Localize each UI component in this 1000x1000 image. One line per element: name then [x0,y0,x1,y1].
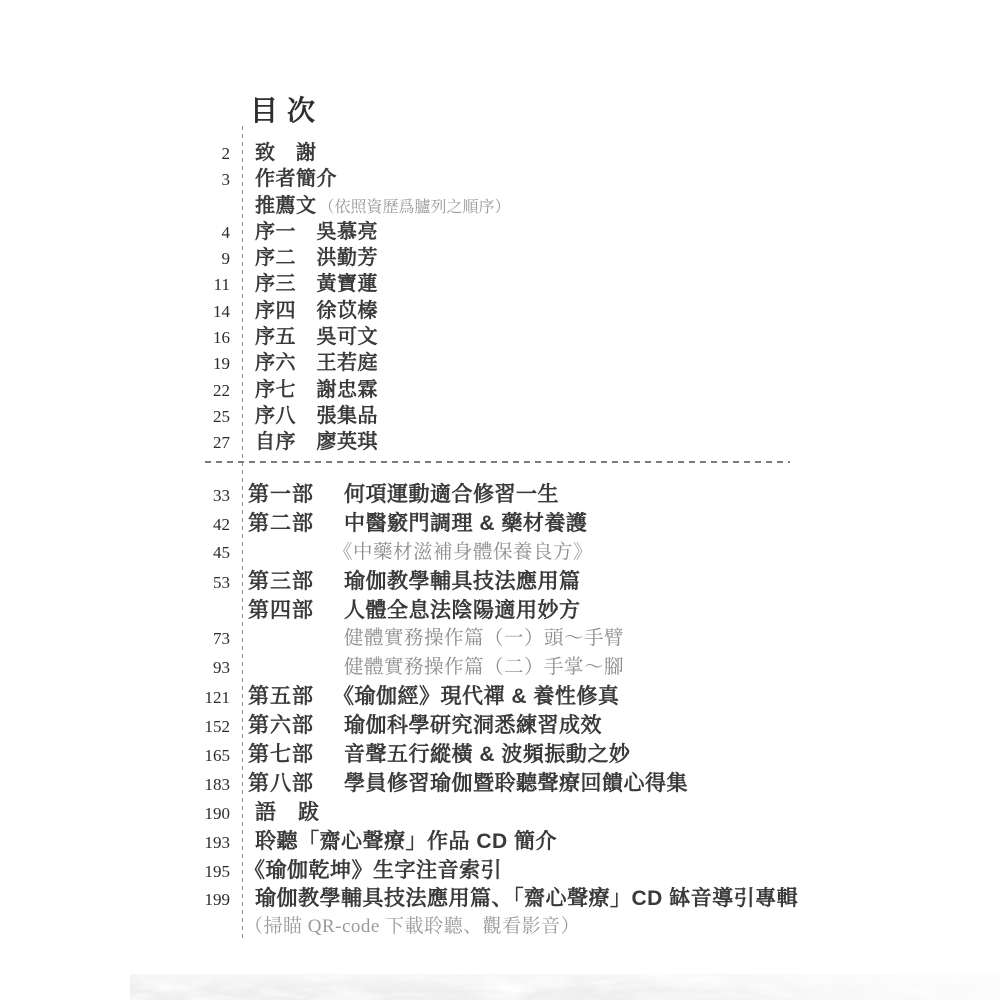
toc-entry: 193聆聽「齋心聲療」作品 CD 簡介 [185,825,798,854]
entry-title: 推薦文（依照資歷爲臚列之順序） [255,189,511,218]
page-number: 14 [185,302,230,322]
marble-fade-overlay [130,974,1000,1000]
page-number: 93 [185,658,230,678]
entry-title: 瑜伽科學研究洞悉練習成效 [344,709,602,739]
entry-title: 致 謝 [255,136,317,165]
part-label: 第五部 [248,680,344,710]
page-number: 27 [185,433,230,453]
page-number: 183 [185,775,230,795]
part-label: 第四部 [248,594,344,624]
toc-page: 目次 2致 謝3作者簡介推薦文（依照資歷爲臚列之順序）4序一 吳慕亮9序二 洪勤… [0,0,1000,1000]
page-title: 目次 [250,89,324,129]
toc-entry: 73健體實務操作篇（一）頭～手臂 [185,622,798,651]
toc-entry: 14序四 徐苡榛 [185,294,511,320]
toc-entry: 25序八 張集品 [185,399,511,425]
entry-title: 序五 吳可文 [255,320,378,349]
toc-entry: 27自序 廖英琪 [185,425,511,451]
part-label: 第一部 [248,478,344,508]
entry-title: 聆聽「齋心聲療」作品 CD 簡介 [255,825,557,855]
toc-entry: 3作者簡介 [185,162,511,188]
toc-entry: （掃瞄 QR-code 下載聆聽、觀看影音） [185,911,798,940]
entry-title: 序六 王若庭 [255,346,378,375]
toc-entry: 2致 謝 [185,136,511,162]
entry-title: 《瑜伽乾坤》生字注音索引 [244,854,502,884]
part-label: 第二部 [248,507,344,537]
entry-title: 自序 廖英琪 [255,425,378,454]
page-number: 33 [185,486,230,506]
entry-title: 序二 洪勤芳 [255,241,378,270]
toc-entry: 195《瑜伽乾坤》生字注音索引 [185,854,798,883]
part-label: 第六部 [248,709,344,739]
page-number: 53 [185,573,230,593]
page-number: 45 [185,543,230,563]
page-number: 2 [185,144,230,164]
page-number: 11 [185,275,230,295]
entry-title: 瑜伽教學輔具技法應用篇、「齋心聲療」CD 缽音導引專輯 [255,882,798,912]
page-number: 19 [185,354,230,374]
entry-title: 中醫竅門調理 & 藥材養護 [344,507,587,537]
toc-entry: 推薦文（依照資歷爲臚列之順序） [185,189,511,215]
toc-main-list: 33第一部何項運動適合修習一生42第二部中醫竅門調理 & 藥材養護45《中藥材滋… [185,478,798,940]
page-number: 9 [185,249,230,269]
page-number: 190 [185,804,230,824]
page-number: 16 [185,328,230,348]
entry-title: 健體實務操作篇（二）手掌～腳 [344,651,624,679]
toc-entry: 165第七部音聲五行縱橫 & 波頻振動之妙 [185,738,798,767]
toc-front-matter-list: 2致 謝3作者簡介推薦文（依照資歷爲臚列之順序）4序一 吳慕亮9序二 洪勤芳11… [185,136,511,452]
page-number: 165 [185,746,230,766]
page-number: 121 [185,688,230,708]
page-number: 199 [185,890,230,910]
toc-entry: 93健體實務操作篇（二）手掌～腳 [185,651,798,680]
page-number: 22 [185,381,230,401]
toc-entry: 190語 跋 [185,796,798,825]
entry-title: 作者簡介 [255,162,337,191]
horizontal-dashed-divider [205,461,790,463]
page-number: 4 [185,223,230,243]
entry-title: 序四 徐苡榛 [255,294,378,323]
page-number: 3 [185,170,230,190]
entry-title: 瑜伽教學輔具技法應用篇 [344,565,581,595]
entry-title: 人體全息法陰陽適用妙方 [344,594,581,624]
part-label: 第七部 [248,738,344,768]
toc-entry: 11序三 黃寶蓮 [185,267,511,293]
toc-entry: 45《中藥材滋補身體保養良方》 [185,536,798,565]
entry-title: 《中藥材滋補身體保養良方》 [333,536,593,564]
entry-title: 語 跋 [255,796,320,826]
page-number: 193 [185,833,230,853]
toc-entry: 42第二部中醫竅門調理 & 藥材養護 [185,507,798,536]
page-number: 152 [185,717,230,737]
toc-entry: 22序七 謝忠霖 [185,373,511,399]
toc-entry: 121第五部《瑜伽經》現代禪 & 養性修真 [185,680,798,709]
entry-title: 序八 張集品 [255,399,378,428]
entry-title: 《瑜伽經》現代禪 & 養性修真 [333,680,619,710]
toc-entry: 53第三部瑜伽教學輔具技法應用篇 [185,565,798,594]
part-label: 第三部 [248,565,344,595]
entry-title: 序七 謝忠霖 [255,373,378,402]
entry-title: 健體實務操作篇（一）頭～手臂 [344,622,624,650]
entry-title: 音聲五行縱橫 & 波頻振動之妙 [344,738,630,768]
entry-note: （依照資歷爲臚列之順序） [319,199,511,216]
toc-entry: 16序五 吳可文 [185,320,511,346]
toc-entry: 9序二 洪勤芳 [185,241,511,267]
entry-title: 學員修習瑜伽暨聆聽聲療回饋心得集 [344,767,688,797]
marble-texture-strip [130,974,1000,1000]
toc-entry: 19序六 王若庭 [185,346,511,372]
page-number: 73 [185,629,230,649]
toc-entry: 152第六部瑜伽科學研究洞悉練習成效 [185,709,798,738]
entry-title: 序一 吳慕亮 [255,215,378,244]
toc-entry: 第四部人體全息法陰陽適用妙方 [185,594,798,623]
toc-entry: 33第一部何項運動適合修習一生 [185,478,798,507]
page-number: 42 [185,515,230,535]
part-label: 第八部 [248,767,344,797]
toc-entry: 199瑜伽教學輔具技法應用篇、「齋心聲療」CD 缽音導引專輯 [185,882,798,911]
toc-entry: 183第八部學員修習瑜伽暨聆聽聲療回饋心得集 [185,767,798,796]
toc-entry: 4序一 吳慕亮 [185,215,511,241]
entry-title: 何項運動適合修習一生 [344,478,559,508]
page-number: 25 [185,407,230,427]
entry-title: （掃瞄 QR-code 下載聆聽、觀看影音） [244,911,580,938]
entry-title: 序三 黃寶蓮 [255,267,378,296]
page-number: 195 [185,862,230,882]
